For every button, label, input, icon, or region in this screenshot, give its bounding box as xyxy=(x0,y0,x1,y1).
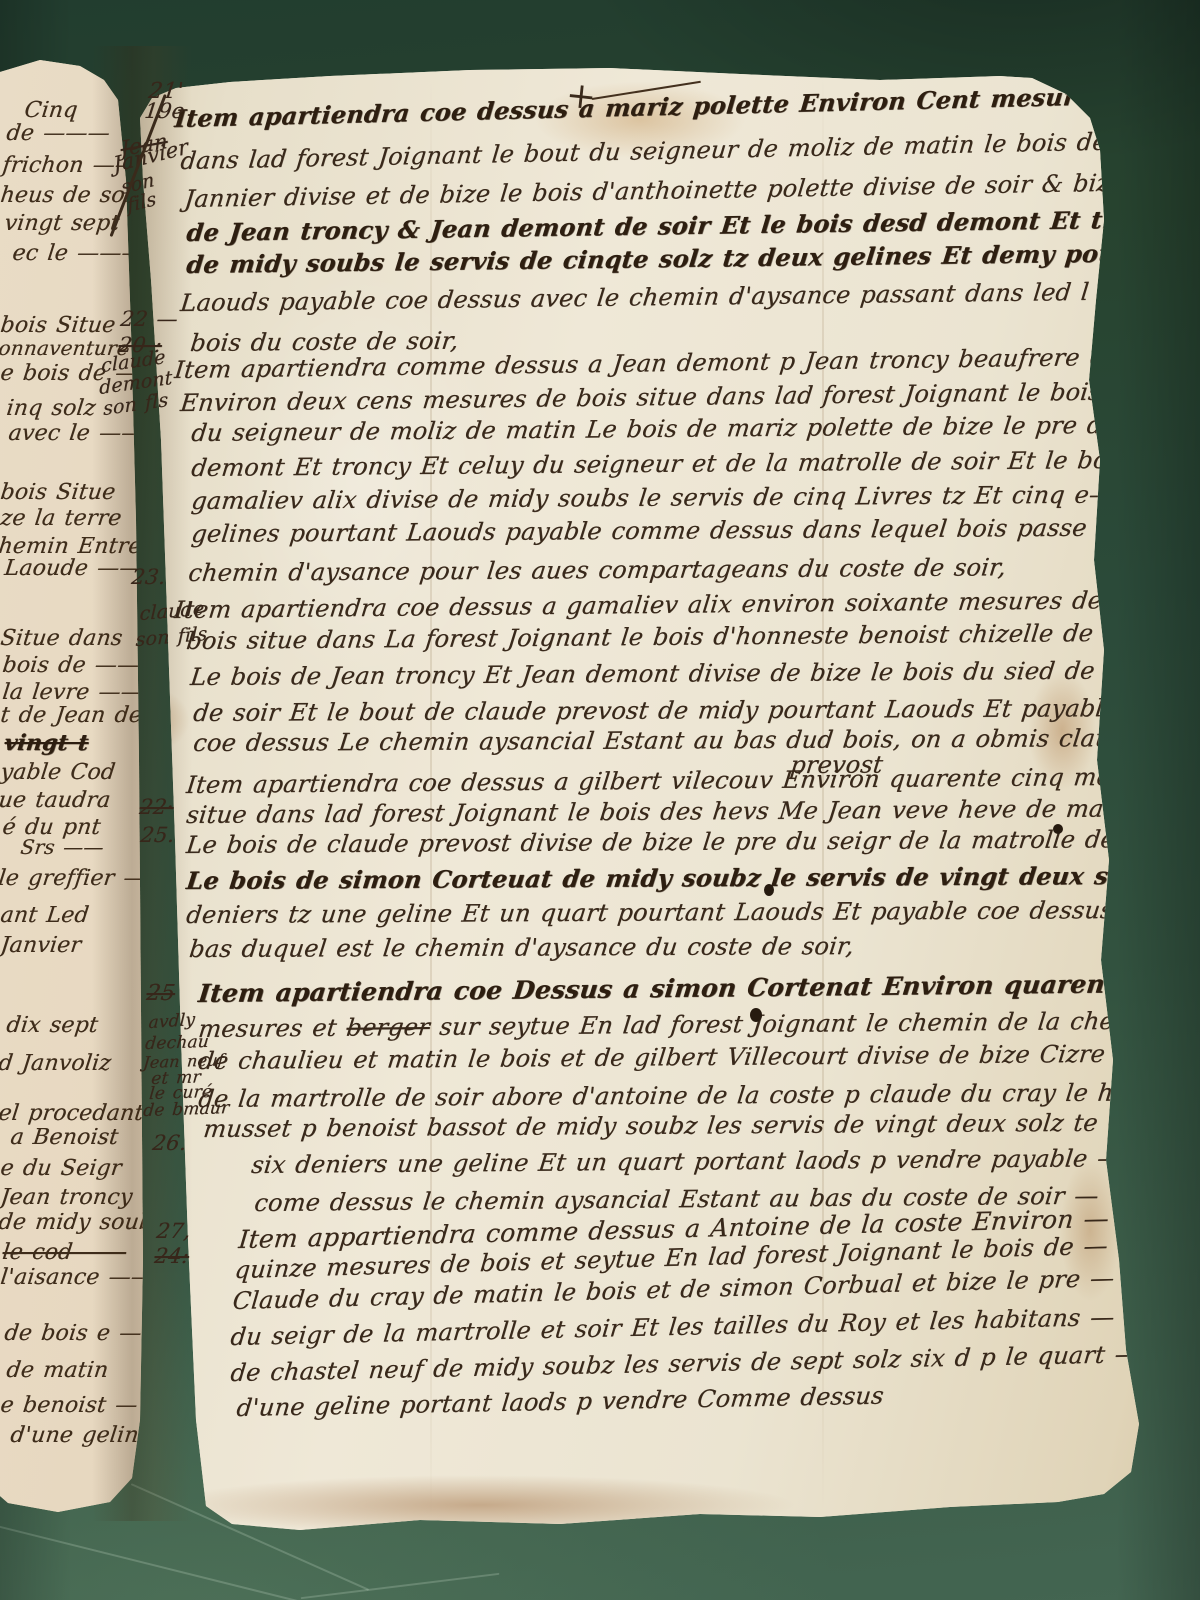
margin-note: 23. xyxy=(130,566,167,589)
margin-note: 24: xyxy=(153,1245,190,1268)
margin-note: 22 — xyxy=(119,308,179,331)
margin-notes-column: 21'19eJeanJanviersonfils22 —20 :claudede… xyxy=(0,0,1200,1600)
margin-note: 27, xyxy=(155,1220,192,1243)
manuscript-photo: Cinqde ———frichon ——heus de soirvingt se… xyxy=(0,0,1200,1600)
margin-note: avdly xyxy=(148,1011,196,1033)
margin-note: 25 xyxy=(145,982,176,1006)
margin-note: son fils xyxy=(135,624,207,651)
margin-note: 22· xyxy=(138,796,175,819)
margin-note: fils xyxy=(126,189,157,217)
margin-note: de bmaur xyxy=(142,1099,230,1121)
margin-note: 19e xyxy=(143,100,186,123)
margin-note: claude xyxy=(139,598,204,625)
margin-note: 25. xyxy=(139,824,176,847)
margin-note: 26. xyxy=(151,1132,188,1155)
